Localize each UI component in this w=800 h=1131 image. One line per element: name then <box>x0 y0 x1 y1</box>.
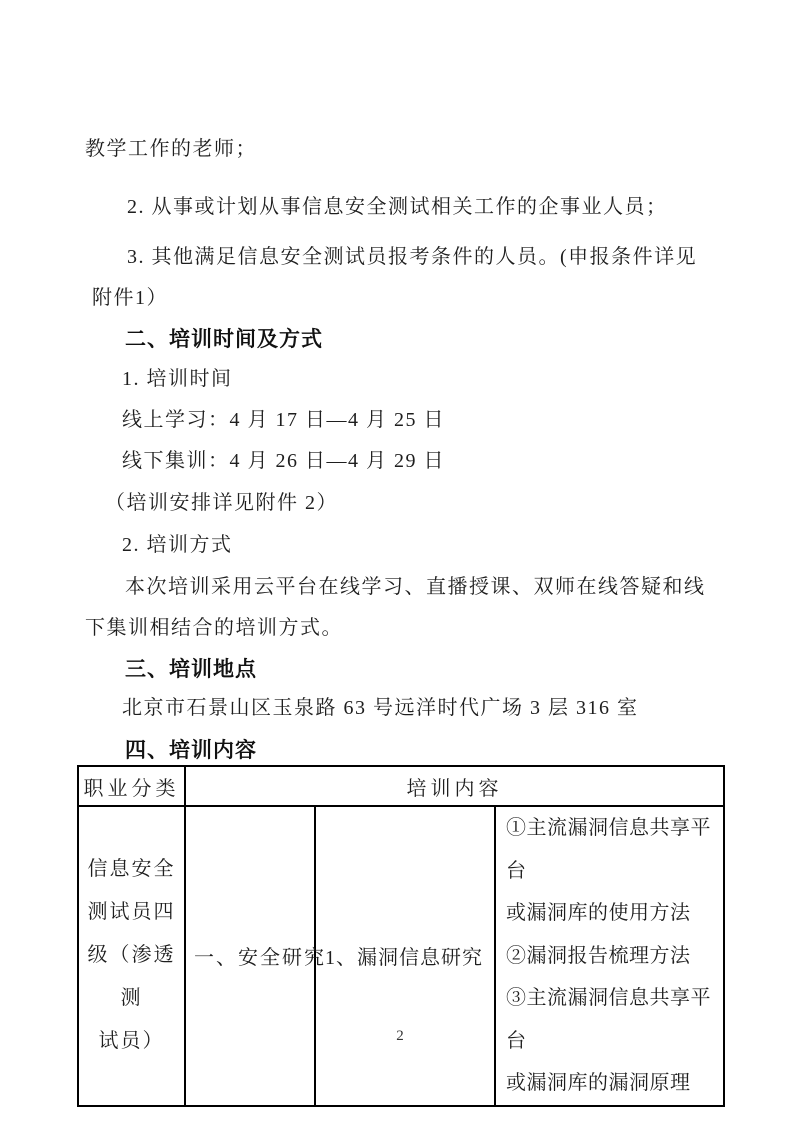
paragraph-line: 3. 其他满足信息安全测试员报考条件的人员。(申报条件详见 <box>127 246 697 268</box>
document-page: 教学工作的老师； 2. 从事或计划从事信息安全测试相关工作的企事业人员； 3. … <box>0 0 800 1131</box>
paragraph-line: 北京市石景山区玉泉路 63 号远洋时代广场 3 层 316 室 <box>122 697 639 719</box>
table-header-occupation: 职业分类 <box>78 766 185 806</box>
table-header-row: 职业分类 培训内容 <box>78 766 724 806</box>
paragraph-line: 下集训相结合的培训方式。 <box>85 617 343 639</box>
table-row: 信息安全 测试员四 级（渗透测 试员） 一、安全研究 1、漏洞信息研究 ①主流漏… <box>78 806 724 1106</box>
paragraph-line: （培训安排详见附件 2） <box>105 492 338 514</box>
paragraph-line: 2. 培训方式 <box>122 534 233 556</box>
page-number: 2 <box>0 1028 800 1045</box>
paragraph-line: 教学工作的老师； <box>85 138 257 160</box>
section-heading-3: 三、培训地点 <box>125 659 257 681</box>
training-content-table: 职业分类 培训内容 信息安全 测试员四 级（渗透测 试员） 一、安全研究 1、漏… <box>77 765 725 1107</box>
cell-training-module: 一、安全研究 <box>185 806 315 1106</box>
cell-occupation-category: 信息安全 测试员四 级（渗透测 试员） <box>78 806 185 1106</box>
section-heading-2: 二、培训时间及方式 <box>125 329 323 351</box>
paragraph-line: 2. 从事或计划从事信息安全测试相关工作的企事业人员； <box>127 196 668 218</box>
paragraph-line: 附件1） <box>92 287 168 309</box>
paragraph-line: 1. 培训时间 <box>122 368 233 390</box>
cell-training-course: 1、漏洞信息研究 <box>315 806 495 1106</box>
cell-training-contents: ①主流漏洞信息共享平台 或漏洞库的使用方法 ②漏洞报告梳理方法 ③主流漏洞信息共… <box>495 806 724 1106</box>
paragraph-line: 线下集训：4 月 26 日—4 月 29 日 <box>122 450 445 472</box>
paragraph-line: 本次培训采用云平台在线学习、直播授课、双师在线答疑和线 <box>125 576 706 598</box>
paragraph-line: 线上学习：4 月 17 日—4 月 25 日 <box>122 409 445 431</box>
section-heading-4: 四、培训内容 <box>125 740 257 762</box>
table-header-content: 培训内容 <box>185 766 724 806</box>
